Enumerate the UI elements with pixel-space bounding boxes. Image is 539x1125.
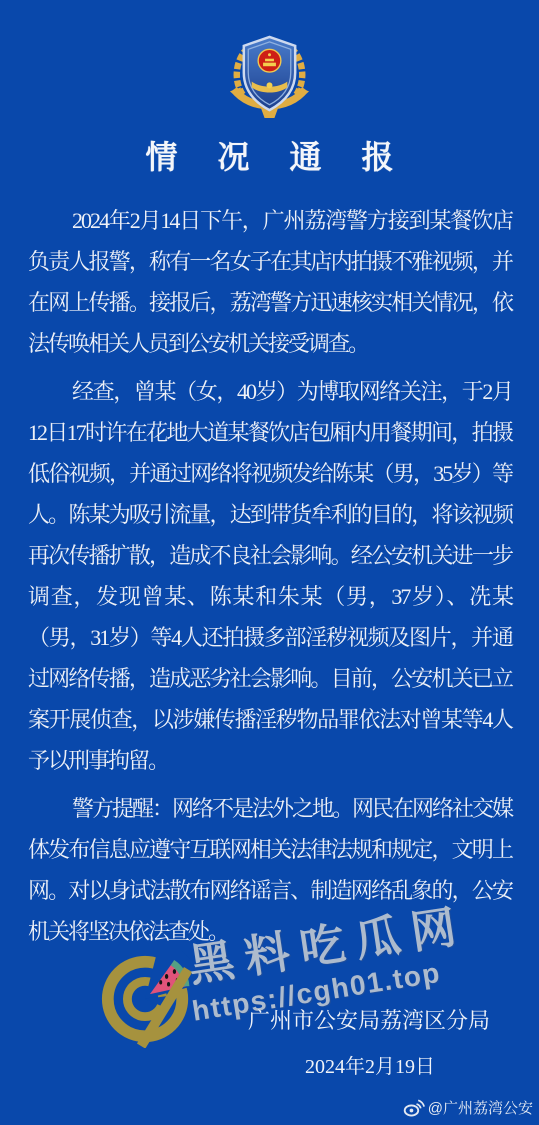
issuer-signature: 广州市公安局荔湾区分局 (248, 1004, 490, 1035)
paragraph-report: 2024年2月14日下午，广州荔湾警方接到某餐饮店负责人报警，称有一名女子在其店… (28, 200, 512, 364)
page-title: 情 况 通 报 (0, 132, 539, 178)
notice-body: 2024年2月14日下午，广州荔湾警方接到某餐饮店负责人报警，称有一名女子在其店… (28, 200, 512, 959)
police-notice-page: 情 况 通 报 2024年2月14日下午，广州荔湾警方接到某餐饮店负责人报警，称… (0, 0, 539, 1125)
police-badge-icon (218, 34, 321, 119)
weibo-icon (403, 1098, 425, 1117)
issue-date: 2024年2月19日 (305, 1050, 435, 1079)
watermelon-logo-icon (98, 950, 196, 1048)
weibo-handle: @广州荔湾公安 (428, 1097, 533, 1118)
weibo-credit: @广州荔湾公安 (403, 1097, 533, 1118)
paragraph-investigation: 经查，曾某（女，40岁）为博取网络关注，于2月12日17时许在花地大道某餐饮店包… (28, 371, 512, 781)
